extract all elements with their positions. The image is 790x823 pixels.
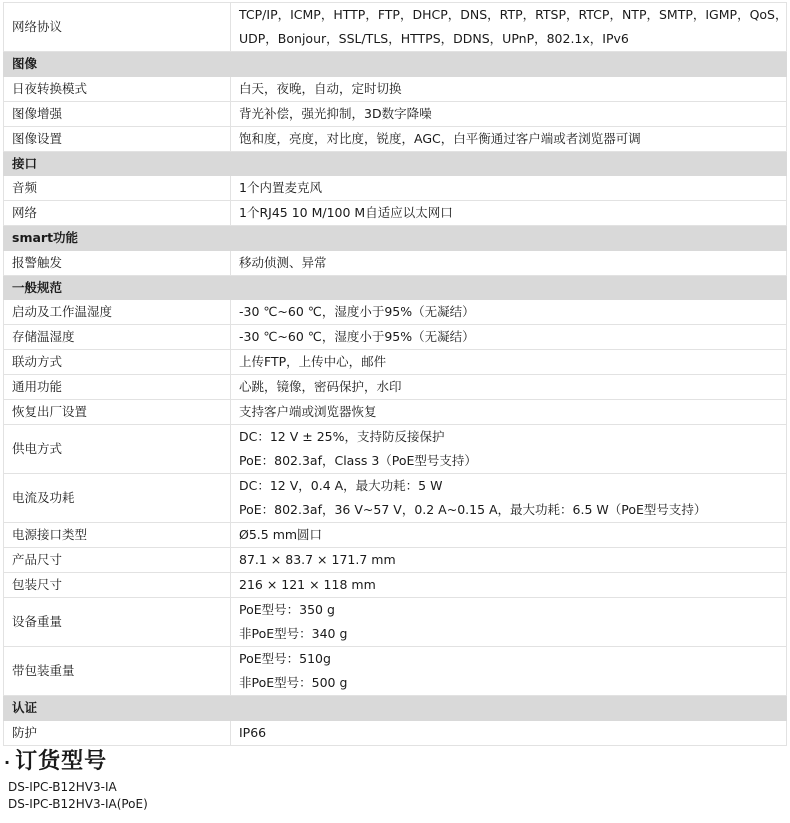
spec-value: IP66 xyxy=(231,720,787,745)
spec-value: 移动侦测、异常 xyxy=(231,250,787,275)
spec-value: 支持客户端或浏览器恢复 xyxy=(231,400,787,425)
section-header-row: 一般规范 xyxy=(4,275,787,300)
spec-value-line: 87.1 × 83.7 × 171.7 mm xyxy=(239,548,778,572)
section-title: 一般规范 xyxy=(4,275,787,300)
spec-value: 背光补偿，强光抑制，3D数字降噪 xyxy=(231,101,787,126)
section-title: smart功能 xyxy=(4,226,787,251)
spec-label: 产品尺寸 xyxy=(4,548,231,573)
spec-value-line: -30 ℃~60 ℃，湿度小于95%（无凝结） xyxy=(239,300,778,324)
spec-value-line: 移动侦测、异常 xyxy=(239,251,778,275)
spec-value-line: DC：12 V，0.4 A，最大功耗：5 W xyxy=(239,474,778,498)
spec-label: 网络协议 xyxy=(4,3,231,52)
table-row: 供电方式DC：12 V ± 25%，支持防反接保护PoE：802.3af，Cla… xyxy=(4,425,787,474)
table-row: 联动方式上传FTP，上传中心，邮件 xyxy=(4,350,787,375)
table-row: 启动及工作温湿度-30 ℃~60 ℃，湿度小于95%（无凝结） xyxy=(4,300,787,325)
table-row: 图像增强背光补偿，强光抑制，3D数字降噪 xyxy=(4,101,787,126)
table-row: 存储温湿度-30 ℃~60 ℃，湿度小于95%（无凝结） xyxy=(4,325,787,350)
spec-value-line: 非PoE型号：500 g xyxy=(239,671,778,695)
ordering-title: 订货型号 xyxy=(15,749,107,774)
spec-value-line: 背光补偿，强光抑制，3D数字降噪 xyxy=(239,102,778,126)
ordering-heading: ·订货型号 xyxy=(4,744,107,775)
section-header-row: 认证 xyxy=(4,696,787,721)
spec-value-line: 上传FTP，上传中心，邮件 xyxy=(239,350,778,374)
table-row: 带包装重量PoE型号：510g非PoE型号：500 g xyxy=(4,647,787,696)
spec-value: 1个RJ45 10 M/100 M自适应以太网口 xyxy=(231,201,787,226)
spec-value-line: DC：12 V ± 25%，支持防反接保护 xyxy=(239,425,778,449)
spec-label: 电源接口类型 xyxy=(4,523,231,548)
spec-value-line: 白天，夜晚，自动，定时切换 xyxy=(239,77,778,101)
section-header-row: 图像 xyxy=(4,52,787,77)
spec-value: 白天，夜晚，自动，定时切换 xyxy=(231,76,787,101)
spec-value-line: PoE型号：350 g xyxy=(239,598,778,622)
model-list: DS-IPC-B12HV3-IA DS-IPC-B12HV3-IA(PoE) xyxy=(8,779,148,813)
bullet-icon: · xyxy=(4,753,11,772)
spec-label: 供电方式 xyxy=(4,425,231,474)
spec-value-line: IP66 xyxy=(239,721,778,745)
spec-value: PoE型号：510g非PoE型号：500 g xyxy=(231,647,787,696)
spec-value: 上传FTP，上传中心，邮件 xyxy=(231,350,787,375)
spec-value-line: 非PoE型号：340 g xyxy=(239,622,778,646)
section-header-row: 接口 xyxy=(4,151,787,176)
table-row: 恢复出厂设置支持客户端或浏览器恢复 xyxy=(4,400,787,425)
spec-value: 87.1 × 83.7 × 171.7 mm xyxy=(231,548,787,573)
section-header-row: smart功能 xyxy=(4,226,787,251)
spec-value: 216 × 121 × 118 mm xyxy=(231,573,787,598)
section-title: 认证 xyxy=(4,696,787,721)
spec-value: -30 ℃~60 ℃，湿度小于95%（无凝结） xyxy=(231,300,787,325)
spec-label: 带包装重量 xyxy=(4,647,231,696)
spec-value-line: 心跳，镜像，密码保护，水印 xyxy=(239,375,778,399)
spec-table-body: 网络协议TCP/IP，ICMP，HTTP，FTP，DHCP，DNS，RTP，RT… xyxy=(4,3,787,746)
spec-label: 启动及工作温湿度 xyxy=(4,300,231,325)
spec-label: 图像设置 xyxy=(4,126,231,151)
spec-label: 包装尺寸 xyxy=(4,573,231,598)
table-row: 网络协议TCP/IP，ICMP，HTTP，FTP，DHCP，DNS，RTP，RT… xyxy=(4,3,787,52)
spec-value-line: UDP，Bonjour，SSL/TLS，HTTPS，DDNS，UPnP，802.… xyxy=(239,27,778,51)
spec-value: 心跳，镜像，密码保护，水印 xyxy=(231,375,787,400)
spec-value: TCP/IP，ICMP，HTTP，FTP，DHCP，DNS，RTP，RTSP，R… xyxy=(231,3,787,52)
spec-value: -30 ℃~60 ℃，湿度小于95%（无凝结） xyxy=(231,325,787,350)
table-row: 日夜转换模式白天，夜晚，自动，定时切换 xyxy=(4,76,787,101)
spec-value-line: PoE型号：510g xyxy=(239,647,778,671)
table-row: 包装尺寸216 × 121 × 118 mm xyxy=(4,573,787,598)
model-item: DS-IPC-B12HV3-IA(PoE) xyxy=(8,796,148,813)
spec-value-line: 支持客户端或浏览器恢复 xyxy=(239,400,778,424)
table-row: 电流及功耗DC：12 V，0.4 A，最大功耗：5 WPoE：802.3af，3… xyxy=(4,474,787,523)
spec-label: 联动方式 xyxy=(4,350,231,375)
spec-label: 存储温湿度 xyxy=(4,325,231,350)
table-row: 音频1个内置麦克风 xyxy=(4,176,787,201)
spec-value-line: PoE：802.3af，36 V~57 V，0.2 A~0.15 A，最大功耗：… xyxy=(239,498,778,522)
spec-value-line: 饱和度，亮度，对比度，锐度，AGC，白平衡通过客户端或者浏览器可调 xyxy=(239,127,778,151)
spec-label: 图像增强 xyxy=(4,101,231,126)
spec-table: 网络协议TCP/IP，ICMP，HTTP，FTP，DHCP，DNS，RTP，RT… xyxy=(3,2,787,746)
spec-label: 报警触发 xyxy=(4,250,231,275)
spec-label: 电流及功耗 xyxy=(4,474,231,523)
spec-value-line: 1个内置麦克风 xyxy=(239,176,778,200)
spec-value-line: 1个RJ45 10 M/100 M自适应以太网口 xyxy=(239,201,778,225)
spec-value: 1个内置麦克风 xyxy=(231,176,787,201)
spec-value: 饱和度，亮度，对比度，锐度，AGC，白平衡通过客户端或者浏览器可调 xyxy=(231,126,787,151)
spec-value: Ø5.5 mm圆口 xyxy=(231,523,787,548)
spec-label: 日夜转换模式 xyxy=(4,76,231,101)
spec-label: 通用功能 xyxy=(4,375,231,400)
spec-value-line: -30 ℃~60 ℃，湿度小于95%（无凝结） xyxy=(239,325,778,349)
table-row: 图像设置饱和度，亮度，对比度，锐度，AGC，白平衡通过客户端或者浏览器可调 xyxy=(4,126,787,151)
model-item: DS-IPC-B12HV3-IA xyxy=(8,779,148,796)
table-row: 电源接口类型Ø5.5 mm圆口 xyxy=(4,523,787,548)
section-title: 接口 xyxy=(4,151,787,176)
table-row: 通用功能心跳，镜像，密码保护，水印 xyxy=(4,375,787,400)
spec-label: 设备重量 xyxy=(4,598,231,647)
spec-value: DC：12 V ± 25%，支持防反接保护PoE：802.3af，Class 3… xyxy=(231,425,787,474)
table-row: 设备重量PoE型号：350 g非PoE型号：340 g xyxy=(4,598,787,647)
spec-value-line: Ø5.5 mm圆口 xyxy=(239,523,778,547)
table-row: 产品尺寸87.1 × 83.7 × 171.7 mm xyxy=(4,548,787,573)
spec-value-line: TCP/IP，ICMP，HTTP，FTP，DHCP，DNS，RTP，RTSP，R… xyxy=(239,3,778,27)
spec-value: PoE型号：350 g非PoE型号：340 g xyxy=(231,598,787,647)
spec-label: 恢复出厂设置 xyxy=(4,400,231,425)
spec-value-line: PoE：802.3af，Class 3（PoE型号支持） xyxy=(239,449,778,473)
spec-label: 网络 xyxy=(4,201,231,226)
table-row: 报警触发移动侦测、异常 xyxy=(4,250,787,275)
spec-label: 防护 xyxy=(4,720,231,745)
table-row: 防护IP66 xyxy=(4,720,787,745)
spec-value-line: 216 × 121 × 118 mm xyxy=(239,573,778,597)
spec-value: DC：12 V，0.4 A，最大功耗：5 WPoE：802.3af，36 V~5… xyxy=(231,474,787,523)
section-title: 图像 xyxy=(4,52,787,77)
spec-label: 音频 xyxy=(4,176,231,201)
table-row: 网络1个RJ45 10 M/100 M自适应以太网口 xyxy=(4,201,787,226)
